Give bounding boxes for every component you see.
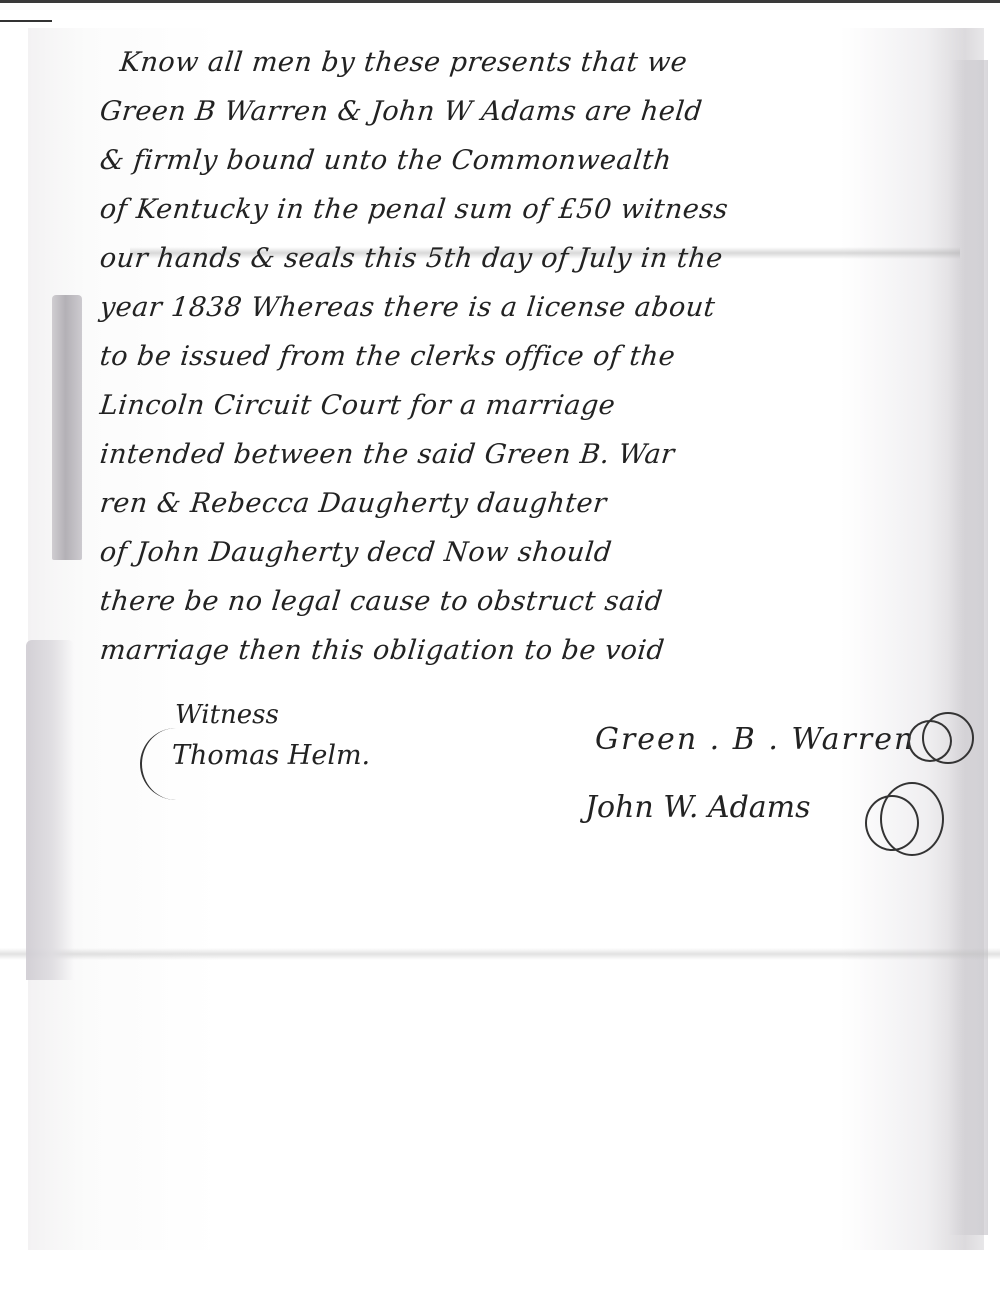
text-line: of John Daugherty decd Now should xyxy=(97,528,982,577)
margin-mark xyxy=(0,20,52,22)
text-line: there be no legal cause to obstruct said xyxy=(97,577,982,626)
text-line: to be issued from the clerks office of t… xyxy=(97,332,982,381)
witness-label: Witness xyxy=(175,700,279,730)
text-line: year 1838 Whereas there is a license abo… xyxy=(97,283,982,332)
text-line: our hands & seals this 5th day of July i… xyxy=(97,234,982,283)
text-line: marriage then this obligation to be void xyxy=(97,626,982,675)
text-line: of Kentucky in the penal sum of £50 witn… xyxy=(97,185,982,234)
scan-top-edge xyxy=(0,0,1000,3)
signature-green-b-warren: Green . B . Warren xyxy=(595,722,915,757)
seal-flourish-icon xyxy=(908,720,952,762)
witness-signature: Thomas Helm. xyxy=(172,740,370,771)
binding-residue xyxy=(52,295,82,560)
text-line: Lincoln Circuit Court for a marriage xyxy=(97,381,982,430)
signature-john-w-adams: John W. Adams xyxy=(585,790,811,825)
fold-crease xyxy=(0,948,1000,960)
binding-residue xyxy=(26,640,74,980)
seal-flourish-icon xyxy=(865,795,919,851)
text-line: intended between the said Green B. War xyxy=(97,430,982,479)
text-line: Green B Warren & John W Adams are held xyxy=(97,87,982,136)
text-line: Know all men by these presents that we xyxy=(97,38,982,87)
bond-text: Know all men by these presents that we G… xyxy=(100,38,980,675)
text-line: & firmly bound unto the Commonwealth xyxy=(97,136,982,185)
text-line: ren & Rebecca Daugherty daughter xyxy=(97,479,982,528)
